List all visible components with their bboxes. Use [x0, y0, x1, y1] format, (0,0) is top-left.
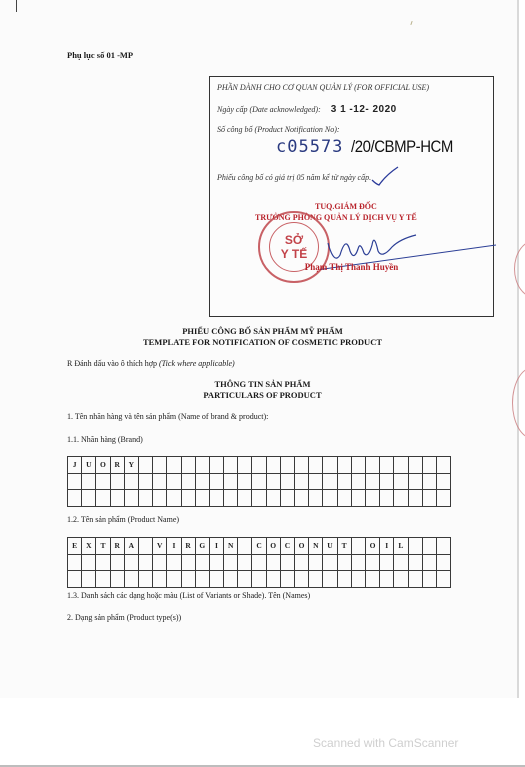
brand-grid-cell	[337, 490, 351, 507]
brand-grid-cell	[153, 490, 167, 507]
product-grid-cell: O	[365, 538, 379, 555]
brand-grid-cell	[351, 457, 365, 474]
product-grid-cell	[167, 571, 181, 588]
product-grid-row	[68, 554, 451, 571]
product-grid-cell: X	[82, 538, 96, 555]
brand-grid-cell	[266, 457, 280, 474]
brand-grid-cell	[394, 490, 408, 507]
brand-grid-cell	[138, 490, 152, 507]
brand-grid-cell	[436, 473, 450, 490]
brand-grid-cell	[181, 473, 195, 490]
product-grid-cell	[209, 571, 223, 588]
product-name-char-grid: EXTRAVIRGINCOCONUTOIL	[67, 537, 451, 588]
signature-title-1: TUQ.GIÁM ĐỐC	[315, 202, 377, 211]
product-grid-cell: R	[110, 538, 124, 555]
product-grid-cell	[266, 571, 280, 588]
tick-instruction-italic: (Tick where applicable)	[159, 359, 235, 368]
product-grid-cell	[224, 571, 238, 588]
brand-grid-cell: U	[82, 457, 96, 474]
validity-note: Phiếu công bố có giá trị 05 năm kể từ ng…	[217, 173, 371, 182]
product-grid-cell	[408, 538, 422, 555]
section-title-vi: THÔNG TIN SẢN PHẨM	[0, 379, 525, 389]
product-grid-cell	[124, 571, 138, 588]
brand-grid-cell	[195, 490, 209, 507]
notification-number-suffix: /20/CBMP-HCM	[351, 137, 453, 157]
product-grid-cell	[238, 554, 252, 571]
product-grid-cell	[153, 554, 167, 571]
product-grid-cell	[224, 554, 238, 571]
product-name-label: 1.2. Tên sản phẩm (Product Name)	[67, 515, 179, 524]
seal-text-2: Y TẾ	[281, 247, 307, 261]
product-grid-cell	[167, 554, 181, 571]
brand-grid-cell	[167, 473, 181, 490]
product-grid-cell	[82, 554, 96, 571]
product-grid-cell	[436, 554, 450, 571]
product-grid-cell	[394, 554, 408, 571]
product-grid-cell: C	[280, 538, 294, 555]
official-use-box: PHẦN DÀNH CHO CƠ QUAN QUẢN LÝ (FOR OFFIC…	[209, 76, 494, 317]
product-grid-cell	[365, 554, 379, 571]
appendix-label: Phụ lục số 01 -MP	[67, 50, 133, 60]
brand-grid-cell	[209, 473, 223, 490]
brand-grid-cell	[351, 473, 365, 490]
product-grid-cell	[337, 554, 351, 571]
product-grid-cell	[323, 571, 337, 588]
product-grid-row: EXTRAVIRGINCOCONUTOIL	[68, 538, 451, 555]
brand-grid-cell	[337, 457, 351, 474]
brand-grid-cell	[209, 490, 223, 507]
tick-instruction-text: R Đánh dấu vào ô thích hợp	[67, 359, 157, 368]
product-grid-cell: C	[252, 538, 266, 555]
brand-grid-cell	[365, 457, 379, 474]
product-grid-cell	[337, 571, 351, 588]
product-grid-cell: N	[309, 538, 323, 555]
product-grid-cell	[252, 571, 266, 588]
product-grid-cell: U	[323, 538, 337, 555]
brand-grid-cell	[252, 457, 266, 474]
product-grid-cell: I	[167, 538, 181, 555]
notification-number: ϲ05573/20/CBMP-HCM	[276, 137, 467, 157]
signer-name: Phạm Thị Thanh Huyền	[210, 262, 493, 272]
product-grid-cell	[309, 554, 323, 571]
brand-grid-cell	[408, 473, 422, 490]
page-edge	[517, 0, 519, 698]
brand-grid-cell	[323, 473, 337, 490]
date-acknowledged-value: 3 1 -12- 2020	[331, 104, 397, 115]
notification-number-label: Số công bố (Product Notification No):	[217, 125, 340, 134]
brand-grid-cell	[394, 473, 408, 490]
notification-number-stamped: ϲ05573	[276, 137, 343, 157]
brand-grid-cell	[351, 490, 365, 507]
brand-grid-cell	[82, 490, 96, 507]
brand-grid-cell	[82, 473, 96, 490]
brand-grid-cell	[124, 473, 138, 490]
product-grid-cell	[380, 571, 394, 588]
brand-grid-cell	[153, 457, 167, 474]
brand-grid-cell	[323, 457, 337, 474]
product-type-label: 2. Dạng sản phẩm (Product type(s))	[67, 613, 181, 622]
product-grid-cell	[96, 554, 110, 571]
brand-grid-cell	[238, 490, 252, 507]
brand-grid-cell	[422, 490, 436, 507]
product-grid-cell: G	[195, 538, 209, 555]
brand-grid-cell	[68, 490, 82, 507]
brand-char-grid: JUORY	[67, 456, 451, 507]
product-grid-cell	[295, 554, 309, 571]
brand-grid-cell	[195, 457, 209, 474]
brand-grid-cell	[153, 473, 167, 490]
product-grid-cell	[181, 554, 195, 571]
product-grid-cell: E	[68, 538, 82, 555]
brand-grid-cell	[295, 457, 309, 474]
official-use-header: PHẦN DÀNH CHO CƠ QUAN QUẢN LÝ (FOR OFFIC…	[217, 83, 429, 92]
product-grid-cell	[365, 571, 379, 588]
brand-grid-cell	[408, 490, 422, 507]
brand-grid-cell	[110, 490, 124, 507]
brand-grid-row	[68, 473, 451, 490]
brand-grid-cell	[380, 457, 394, 474]
brand-grid-cell	[309, 457, 323, 474]
form-title-vi: PHIẾU CÔNG BỐ SẢN PHẨM MỸ PHẨM	[0, 326, 525, 336]
seal-text-1: SỞ	[285, 233, 303, 247]
brand-grid-cell	[138, 457, 152, 474]
brand-grid-cell	[422, 473, 436, 490]
brand-grid-row: JUORY	[68, 457, 451, 474]
product-grid-cell: I	[380, 538, 394, 555]
product-grid-cell	[351, 538, 365, 555]
brand-grid-cell	[238, 457, 252, 474]
product-grid-cell	[110, 571, 124, 588]
product-grid-cell: R	[181, 538, 195, 555]
tick-instruction: R Đánh dấu vào ô thích hợp (Tick where a…	[67, 359, 235, 368]
product-grid-cell	[195, 571, 209, 588]
product-grid-cell	[181, 571, 195, 588]
product-grid-cell	[422, 554, 436, 571]
product-grid-cell	[408, 571, 422, 588]
brand-grid-cell	[408, 457, 422, 474]
product-grid-cell: A	[124, 538, 138, 555]
product-grid-cell	[422, 571, 436, 588]
product-grid-cell: O	[266, 538, 280, 555]
product-grid-cell	[280, 571, 294, 588]
product-grid-cell	[436, 538, 450, 555]
brand-grid-cell	[195, 473, 209, 490]
product-grid-cell	[295, 571, 309, 588]
product-grid-cell	[351, 554, 365, 571]
product-grid-cell: T	[337, 538, 351, 555]
product-grid-cell	[138, 554, 152, 571]
brand-grid-cell	[337, 473, 351, 490]
brand-grid-cell	[309, 490, 323, 507]
product-grid-cell	[209, 554, 223, 571]
product-grid-cell	[238, 538, 252, 555]
brand-grid-cell	[96, 490, 110, 507]
brand-grid-cell	[252, 473, 266, 490]
crop-mark	[16, 0, 17, 12]
brand-grid-cell	[110, 473, 124, 490]
section-title-en: PARTICULARS OF PRODUCT	[0, 390, 525, 400]
product-grid-cell	[323, 554, 337, 571]
product-grid-cell	[68, 554, 82, 571]
product-grid-cell: O	[295, 538, 309, 555]
brand-grid-cell	[422, 457, 436, 474]
brand-grid-cell	[181, 457, 195, 474]
brand-grid-cell	[266, 473, 280, 490]
brand-grid-cell	[280, 473, 294, 490]
brand-grid-cell	[436, 490, 450, 507]
date-acknowledged-label: Ngày cấp (Date acknowledged):	[217, 105, 321, 114]
brand-grid-cell	[124, 490, 138, 507]
question-1-label: 1. Tên nhãn hàng và tên sản phẩm (Name o…	[67, 412, 268, 421]
brand-grid-cell	[394, 457, 408, 474]
product-grid-cell	[394, 571, 408, 588]
brand-grid-cell	[181, 490, 195, 507]
brand-grid-cell	[309, 473, 323, 490]
brand-grid-cell	[167, 457, 181, 474]
product-grid-cell	[153, 571, 167, 588]
brand-grid-cell	[365, 490, 379, 507]
product-grid-cell	[422, 538, 436, 555]
camscanner-watermark: Scanned with CamScanner	[313, 736, 458, 750]
product-grid-cell	[124, 554, 138, 571]
product-grid-row	[68, 571, 451, 588]
product-grid-cell: I	[209, 538, 223, 555]
date-acknowledged-row: Ngày cấp (Date acknowledged): 3 1 -12- 2…	[217, 104, 397, 115]
product-grid-cell	[280, 554, 294, 571]
brand-grid-cell	[295, 490, 309, 507]
brand-grid-cell	[224, 490, 238, 507]
product-grid-cell	[380, 554, 394, 571]
product-grid-cell	[96, 571, 110, 588]
product-grid-cell: L	[394, 538, 408, 555]
product-grid-cell	[309, 571, 323, 588]
product-grid-cell	[408, 554, 422, 571]
product-grid-cell	[252, 554, 266, 571]
brand-grid-cell	[323, 490, 337, 507]
brand-grid-cell: R	[110, 457, 124, 474]
product-grid-cell: V	[153, 538, 167, 555]
product-grid-cell	[110, 554, 124, 571]
product-grid-cell: N	[224, 538, 238, 555]
brand-grid-cell: Y	[124, 457, 138, 474]
product-grid-cell	[68, 571, 82, 588]
brand-grid-cell	[295, 473, 309, 490]
brand-grid-cell	[252, 490, 266, 507]
brand-grid-cell	[96, 473, 110, 490]
product-grid-cell: T	[96, 538, 110, 555]
product-grid-cell	[266, 554, 280, 571]
product-grid-cell	[436, 571, 450, 588]
brand-grid-cell	[365, 473, 379, 490]
brand-grid-cell	[238, 473, 252, 490]
checkmark-icon	[370, 165, 400, 187]
brand-grid-cell	[68, 473, 82, 490]
brand-grid-cell	[209, 457, 223, 474]
brand-grid-cell	[224, 457, 238, 474]
product-grid-cell	[351, 571, 365, 588]
brand-grid-cell	[380, 490, 394, 507]
product-grid-cell	[82, 571, 96, 588]
product-grid-cell	[238, 571, 252, 588]
brand-grid-cell	[167, 490, 181, 507]
brand-grid-cell	[436, 457, 450, 474]
brand-grid-cell: J	[68, 457, 82, 474]
brand-grid-cell	[224, 473, 238, 490]
brand-grid-cell	[280, 490, 294, 507]
brand-grid-cell: O	[96, 457, 110, 474]
form-title-en: TEMPLATE FOR NOTIFICATION OF COSMETIC PR…	[0, 337, 525, 347]
product-grid-cell	[138, 538, 152, 555]
brand-grid-row	[68, 490, 451, 507]
brand-grid-cell	[380, 473, 394, 490]
brand-label: 1.1. Nhãn hàng (Brand)	[67, 435, 143, 444]
brand-grid-cell	[280, 457, 294, 474]
brand-grid-cell	[266, 490, 280, 507]
variants-label: 1.3. Danh sách các dạng hoặc màu (List o…	[67, 591, 310, 600]
brand-grid-cell	[138, 473, 152, 490]
product-grid-cell	[138, 571, 152, 588]
product-grid-cell	[195, 554, 209, 571]
